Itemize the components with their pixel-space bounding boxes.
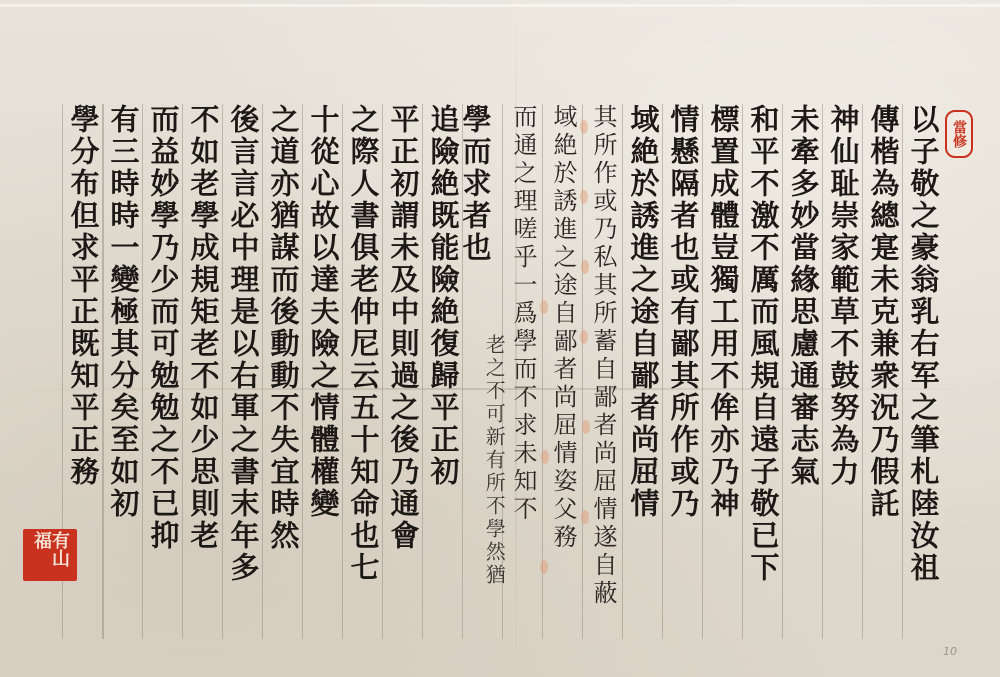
seal-bottom-text: 有山福 bbox=[32, 531, 68, 579]
paper-sheet: 以子敬之豪翁乳右军之筆札陸汝祖 傳楷為總寔未克兼衆況乃假託 神仙耻崇家範草不鼓努… bbox=[0, 0, 1000, 677]
paper-stain bbox=[580, 190, 588, 204]
column-17: 之道亦猶謀而後動動不失宜時然 bbox=[262, 104, 303, 639]
column-22-text: 學分布但求平正既知平正務 bbox=[69, 104, 98, 488]
column-14: 平正初謂未及中則過之後乃通會 bbox=[382, 104, 423, 639]
column-7: 情懸隔者也或有鄙其所作或乃 bbox=[662, 104, 703, 639]
column-19-text: 不如老學成規矩老不如少思則老 bbox=[189, 104, 218, 552]
paper-stain bbox=[581, 510, 589, 524]
column-16-text: 十從心故以達夫險之情體權變 bbox=[309, 104, 338, 520]
top-edge-highlight bbox=[0, 4, 1000, 7]
paper-stain bbox=[540, 300, 548, 314]
column-12: 學而求者也 老之不可新有所不學然猶 bbox=[462, 104, 503, 639]
paper-stain bbox=[580, 330, 588, 344]
column-10-text: 域絶於誘進之途自鄙者尚屈情姿父務 bbox=[551, 104, 575, 552]
column-5-text: 和平不激不厲而風規自遠子敬已下 bbox=[749, 104, 778, 584]
column-3: 神仙耻崇家範草不鼓努為力 bbox=[822, 104, 863, 639]
paper-stain bbox=[541, 450, 549, 464]
column-1-text: 以子敬之豪翁乳右军之筆札陸汝祖 bbox=[909, 104, 938, 584]
seal-top-text: 當修 bbox=[949, 120, 969, 148]
paper-stain bbox=[582, 420, 590, 434]
column-3-text: 神仙耻崇家範草不鼓努為力 bbox=[829, 104, 858, 488]
column-18-text: 後言言必中理是以右軍之書末年多 bbox=[229, 104, 258, 584]
paper-stain bbox=[580, 120, 588, 134]
paper-stain bbox=[540, 560, 548, 574]
column-21: 有三時時一變極其分矣至如初 bbox=[102, 104, 143, 639]
column-19: 不如老學成規矩老不如少思則老 bbox=[182, 104, 223, 639]
column-14-text: 平正初謂未及中則過之後乃通會 bbox=[389, 104, 418, 552]
column-5: 和平不激不厲而風規自遠子敬已下 bbox=[742, 104, 783, 639]
column-1: 以子敬之豪翁乳右军之筆札陸汝祖 bbox=[902, 104, 943, 639]
column-11-text: 而通之理嗟乎一爲學而不求未知不 bbox=[511, 104, 535, 524]
ruled-column-grid: 以子敬之豪翁乳右军之筆札陸汝祖 傳楷為總寔未克兼衆況乃假託 神仙耻崇家範草不鼓努… bbox=[57, 104, 942, 639]
column-13-text: 追險絶既能險絶復歸平正初 bbox=[429, 104, 458, 488]
column-4-text: 未牽多妙當緣思慮通審志氣 bbox=[789, 104, 818, 488]
seal-square-bottom-left: 有山福 bbox=[23, 529, 77, 581]
column-21-text: 有三時時一變極其分矣至如初 bbox=[109, 104, 138, 520]
column-18: 後言言必中理是以右軍之書末年多 bbox=[222, 104, 263, 639]
seal-oval-top-right: 當修 bbox=[945, 110, 973, 158]
paper-stain bbox=[581, 260, 589, 274]
column-17-text: 之道亦猶謀而後動動不失宜時然 bbox=[269, 104, 298, 552]
column-9: 其所作或乃私其所蓄自鄙者尚屈情遂自蔽 bbox=[582, 104, 623, 639]
column-2-text: 傳楷為總寔未克兼衆況乃假託 bbox=[869, 104, 898, 520]
column-16: 十從心故以達夫險之情體權變 bbox=[302, 104, 343, 639]
column-20: 而益妙學乃少而可勉勉之不已抑 bbox=[142, 104, 183, 639]
column-12-note: 老之不可新有所不學然猶 bbox=[484, 334, 504, 587]
column-9-text: 其所作或乃私其所蓄自鄙者尚屈情遂自蔽 bbox=[591, 104, 615, 608]
column-6: 標置成體豈獨工用不侔亦乃神 bbox=[702, 104, 743, 639]
column-12-text: 學而求者也 bbox=[461, 104, 490, 264]
column-8-text: 域絶於誘進之途自鄙者尚屈情 bbox=[629, 104, 658, 520]
page-number-mark: 10 bbox=[943, 645, 957, 658]
column-7-text: 情懸隔者也或有鄙其所作或乃 bbox=[669, 104, 698, 520]
column-20-text: 而益妙學乃少而可勉勉之不已抑 bbox=[149, 104, 178, 552]
column-4: 未牽多妙當緣思慮通審志氣 bbox=[782, 104, 823, 639]
column-11: 而通之理嗟乎一爲學而不求未知不 bbox=[502, 104, 543, 639]
column-15-text: 之際人書俱老仲尼云五十知命也七 bbox=[349, 104, 378, 584]
column-8: 域絶於誘進之途自鄙者尚屈情 bbox=[622, 104, 663, 639]
column-15: 之際人書俱老仲尼云五十知命也七 bbox=[342, 104, 383, 639]
column-10: 域絶於誘進之途自鄙者尚屈情姿父務 bbox=[542, 104, 583, 639]
column-2: 傳楷為總寔未克兼衆況乃假託 bbox=[862, 104, 903, 639]
column-13: 追險絶既能險絶復歸平正初 bbox=[422, 104, 463, 639]
column-6-text: 標置成體豈獨工用不侔亦乃神 bbox=[709, 104, 738, 520]
